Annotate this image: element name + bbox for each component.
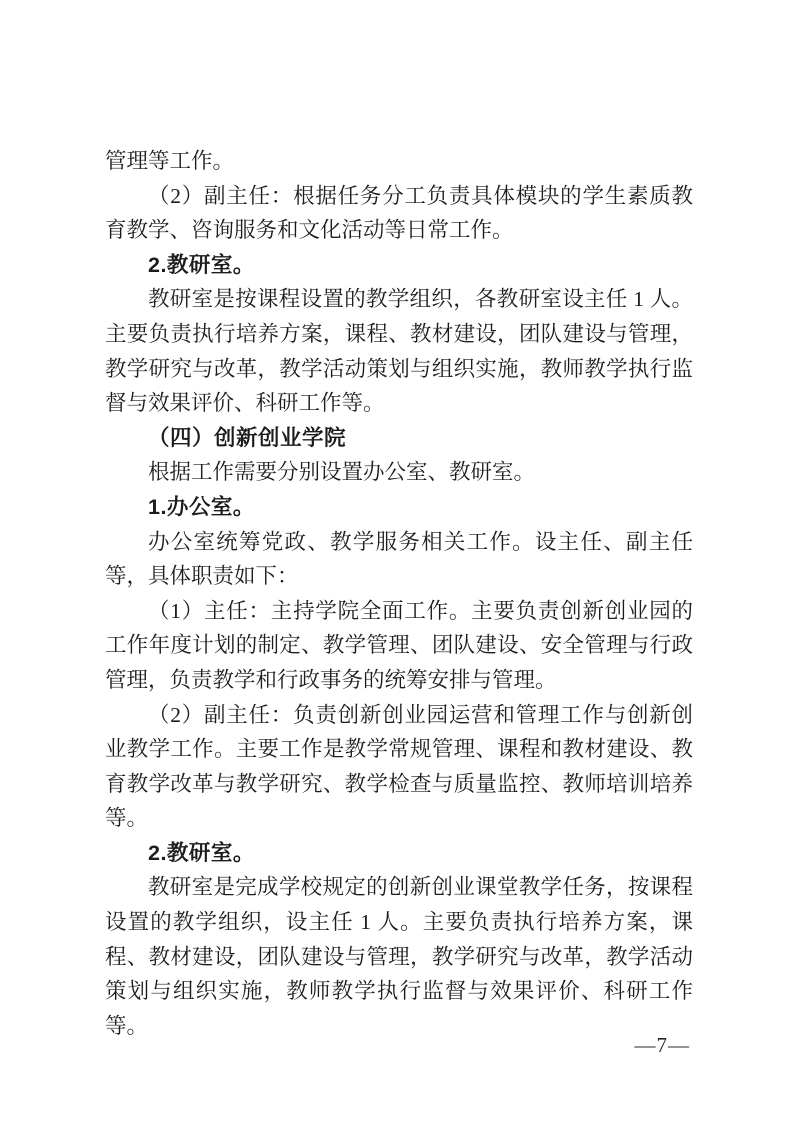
document-page: 管理等工作。（2）副主任：根据任务分工负责具体模块的学生素质教育教学、咨询服务和… — [0, 0, 794, 1122]
paragraph: （2）副主任：负责创新创业园运营和管理工作与创新创业教学工作。主要工作是教学常规… — [105, 698, 693, 836]
paragraph: 管理等工作。 — [105, 144, 693, 179]
paragraph: 根据工作需要分别设置办公室、教研室。 — [105, 455, 693, 490]
paragraph: （1）主任：主持学院全面工作。主要负责创新创业园的工作年度计划的制定、教学管理、… — [105, 594, 693, 698]
section-heading: （四）创新创业学院 — [105, 421, 693, 456]
paragraph: （2）副主任：根据任务分工负责具体模块的学生素质教育教学、咨询服务和文化活动等日… — [105, 179, 693, 248]
section-heading: 2.教研室。 — [105, 248, 693, 283]
paragraph: 教研室是按课程设置的教学组织，各教研室设主任 1 人。主要负责执行培养方案，课程… — [105, 282, 693, 420]
paragraph: 教研室是完成学校规定的创新创业课堂教学任务，按课程设置的教学组织，设主任 1 人… — [105, 870, 693, 1043]
section-heading: 2.教研室。 — [105, 836, 693, 871]
page-number: —7— — [635, 1031, 691, 1059]
paragraph: 办公室统筹党政、教学服务相关工作。设主任、副主任等，具体职责如下： — [105, 525, 693, 594]
document-body: 管理等工作。（2）副主任：根据任务分工负责具体模块的学生素质教育教学、咨询服务和… — [105, 144, 693, 1043]
section-heading: 1.办公室。 — [105, 490, 693, 525]
